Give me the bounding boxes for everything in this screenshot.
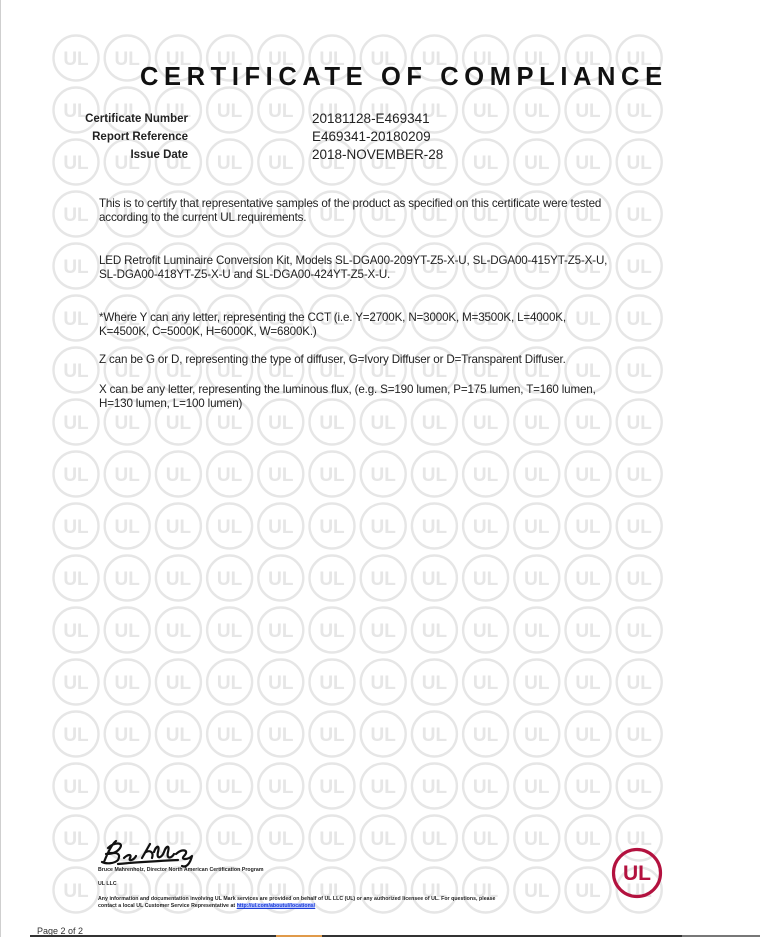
product-line: SL-DGA00-418YT-Z5-X-U and SL-DGA00-424YT… [99,268,669,282]
statement-line: This is to certify that representative s… [99,197,669,211]
note-x-flux: X can be any letter, representing the lu… [99,383,669,410]
product-description: LED Retrofit Luminaire Conversion Kit, M… [99,254,669,281]
product-line: LED Retrofit Luminaire Conversion Kit, M… [99,254,669,268]
statement-line: according to the current UL requirements… [99,211,669,225]
certificate-page: CERTIFICATE OF COMPLIANCE Certificate Nu… [0,0,760,937]
certificate-number-row: Certificate Number 20181128-E469341 [100,111,660,129]
note-line: Z can be G or D, representing the type o… [99,353,669,367]
certificate-number-label: Certificate Number [0,113,188,125]
ul-locations-link[interactable]: http://ul.com/aboutul/locations/ [237,903,316,909]
company-name: UL LLC [98,881,117,887]
svg-text:UL: UL [623,862,651,885]
page-title: CERTIFICATE OF COMPLIANCE [140,63,630,92]
note-line: X can be any letter, representing the lu… [99,383,669,397]
report-reference-value: E469341-20180209 [312,129,431,144]
issue-date-label: Issue Date [0,149,188,161]
report-reference-label: Report Reference [0,131,188,143]
disclaimer-text: contact a local UL Customer Service Repr… [98,903,237,909]
disclaimer-line-2: contact a local UL Customer Service Repr… [98,903,315,909]
note-line: K=4500K, C=5000K, H=6000K, W=6800K.) [99,325,669,339]
disclaimer-line-1: Any information and documentation involv… [98,896,496,902]
issue-date-value: 2018-NOVEMBER-28 [312,147,443,162]
signatory-name: Bruce Mahrenholz, Director North America… [98,867,264,873]
certification-statement: This is to certify that representative s… [99,197,669,224]
note-y-cct: *Where Y can any letter, representing th… [99,311,669,338]
note-z-diffuser: Z can be G or D, representing the type o… [99,353,669,367]
signature-image [98,838,208,868]
note-line: H=130 lumen, L=100 lumen) [99,397,669,411]
ul-logo-icon: UL [610,846,664,900]
report-reference-row: Report Reference E469341-20180209 [100,129,660,147]
certificate-number-value: 20181128-E469341 [312,111,430,126]
issue-date-row: Issue Date 2018-NOVEMBER-28 [100,147,660,165]
note-line: *Where Y can any letter, representing th… [99,311,669,325]
